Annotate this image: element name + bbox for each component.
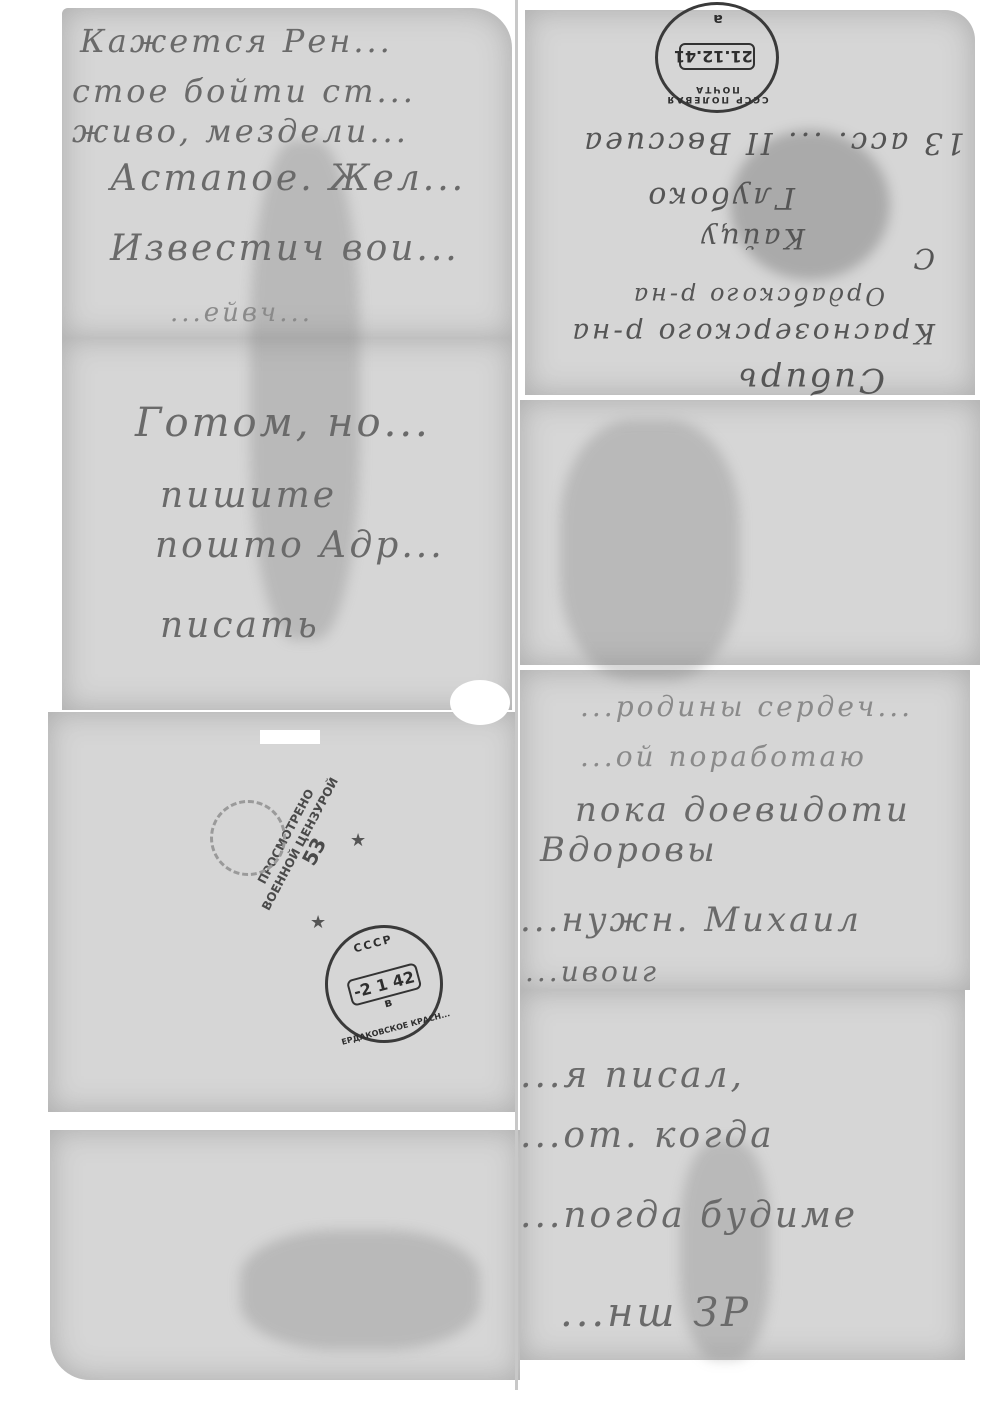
star-icon: ★ <box>350 830 366 851</box>
text-line: Астапое. Жел... <box>110 158 466 199</box>
address-line: Кайцу <box>698 222 805 255</box>
text-line: ...погда будиме <box>520 1195 858 1236</box>
torn-hole <box>450 680 510 725</box>
faded-round-stamp <box>210 800 286 876</box>
text-line: пока доевидоти <box>575 790 911 830</box>
text-line: Кажется Рен... <box>80 22 393 60</box>
text-line: стое бойти ст... <box>72 72 416 110</box>
text-line: Вдоровы <box>540 830 718 870</box>
text-line: живо, мездели... <box>72 112 409 150</box>
postmark-date: 21.12.41 <box>679 43 755 70</box>
address-line: Глубоко <box>645 180 795 215</box>
torn-hole <box>260 730 320 744</box>
address-line: Ордабского р-на <box>631 282 885 310</box>
signature: ...нш ЗР <box>560 1290 751 1336</box>
text-line: Готом, но... <box>135 400 431 446</box>
text-line: ...ой поработаю <box>580 740 867 773</box>
address-block-upside-down: Сибирь Краснозерского р-на Ордабского р-… <box>525 90 975 390</box>
text-line: ...ивоиг <box>525 955 659 988</box>
text-line: Известич вои... <box>110 228 460 269</box>
postmark-letter: а <box>658 11 776 27</box>
field-post-postmark: СССР ПОЛЕВАЯ ПОЧТА 21.12.41 а <box>655 2 779 113</box>
address-line: Сибирь <box>736 360 885 400</box>
address-line: С <box>911 242 935 275</box>
text-line: писать <box>160 605 320 646</box>
water-stain <box>240 1230 480 1350</box>
postmark-ring-text: СССР ПОЛЕВАЯ ПОЧТА <box>658 84 776 104</box>
water-stain <box>560 420 740 680</box>
text-line: ...ейвч... <box>170 298 313 328</box>
text-line: ...от. когда <box>520 1115 775 1156</box>
text-line: ...нужн. Михаил <box>520 900 862 940</box>
address-line: Краснозерского р-на <box>569 317 935 350</box>
text-line: ...родины сердеч... <box>580 690 913 723</box>
fold-crease <box>515 0 518 1390</box>
text-line: пишите <box>160 475 337 516</box>
star-icon: ★ <box>310 912 326 933</box>
text-line: ...я писал, <box>520 1055 745 1096</box>
text-line: пошто Адр... <box>155 525 445 566</box>
address-line: 13 асс. ... II Ввссиеа <box>581 125 965 160</box>
